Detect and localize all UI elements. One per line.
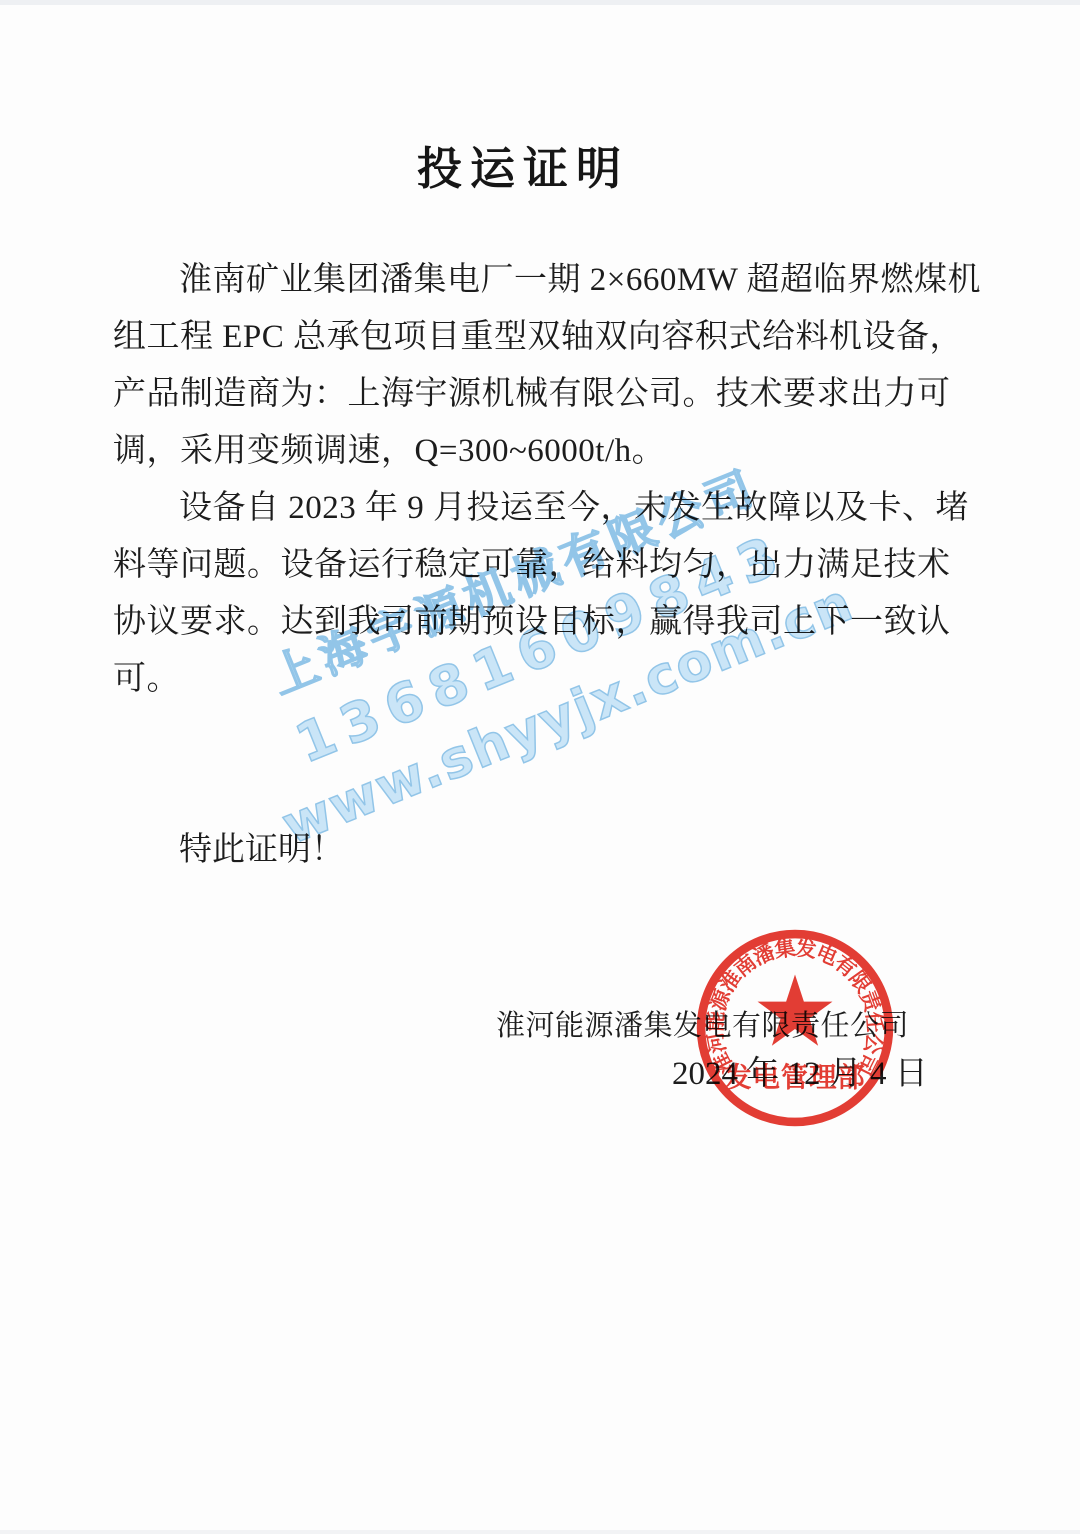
seal-star-icon: [758, 974, 833, 1045]
company-seal: 淮河能源淮南潘集发电有限责任公司 发电管理部: [694, 927, 896, 1129]
closing-statement: 特此证明！: [113, 822, 344, 879]
scan-edge-bottom: [0, 1530, 1080, 1534]
paragraph1-line4: 调，采用变频调速，Q=300~6000t/h。: [113, 423, 913, 480]
scanned-certificate-page: { "document": { "title": "投运证明", "paragr…: [0, 0, 1080, 1534]
paragraph1-line2: 组工程 EPC 总承包项目重型双轴双向容积式给料机设备，: [113, 309, 913, 366]
paragraph2-line4: 可。: [113, 651, 913, 708]
document-title: 投运证明: [0, 132, 1046, 197]
document-body: 淮南矿业集团潘集电厂一期 2×660MW 超超临界燃煤机 组工程 EPC 总承包…: [113, 252, 913, 708]
paragraph2-line1: 设备自 2023 年 9 月投运至今，未发生故障以及卡、堵: [113, 480, 913, 537]
paragraph2-line3: 协议要求。达到我司前期预设目标，赢得我司上下一致认: [113, 594, 913, 651]
paragraph1-line3: 产品制造商为：上海宇源机械有限公司。技术要求出力可: [113, 366, 913, 423]
paragraph1-line1: 淮南矿业集团潘集电厂一期 2×660MW 超超临界燃煤机: [113, 252, 913, 309]
seal-department-text: 发电管理部: [724, 1062, 865, 1094]
paragraph2-line2: 料等问题。设备运行稳定可靠，给料均匀，出力满足技术: [113, 537, 913, 594]
scan-edge-top: [0, 0, 1080, 5]
